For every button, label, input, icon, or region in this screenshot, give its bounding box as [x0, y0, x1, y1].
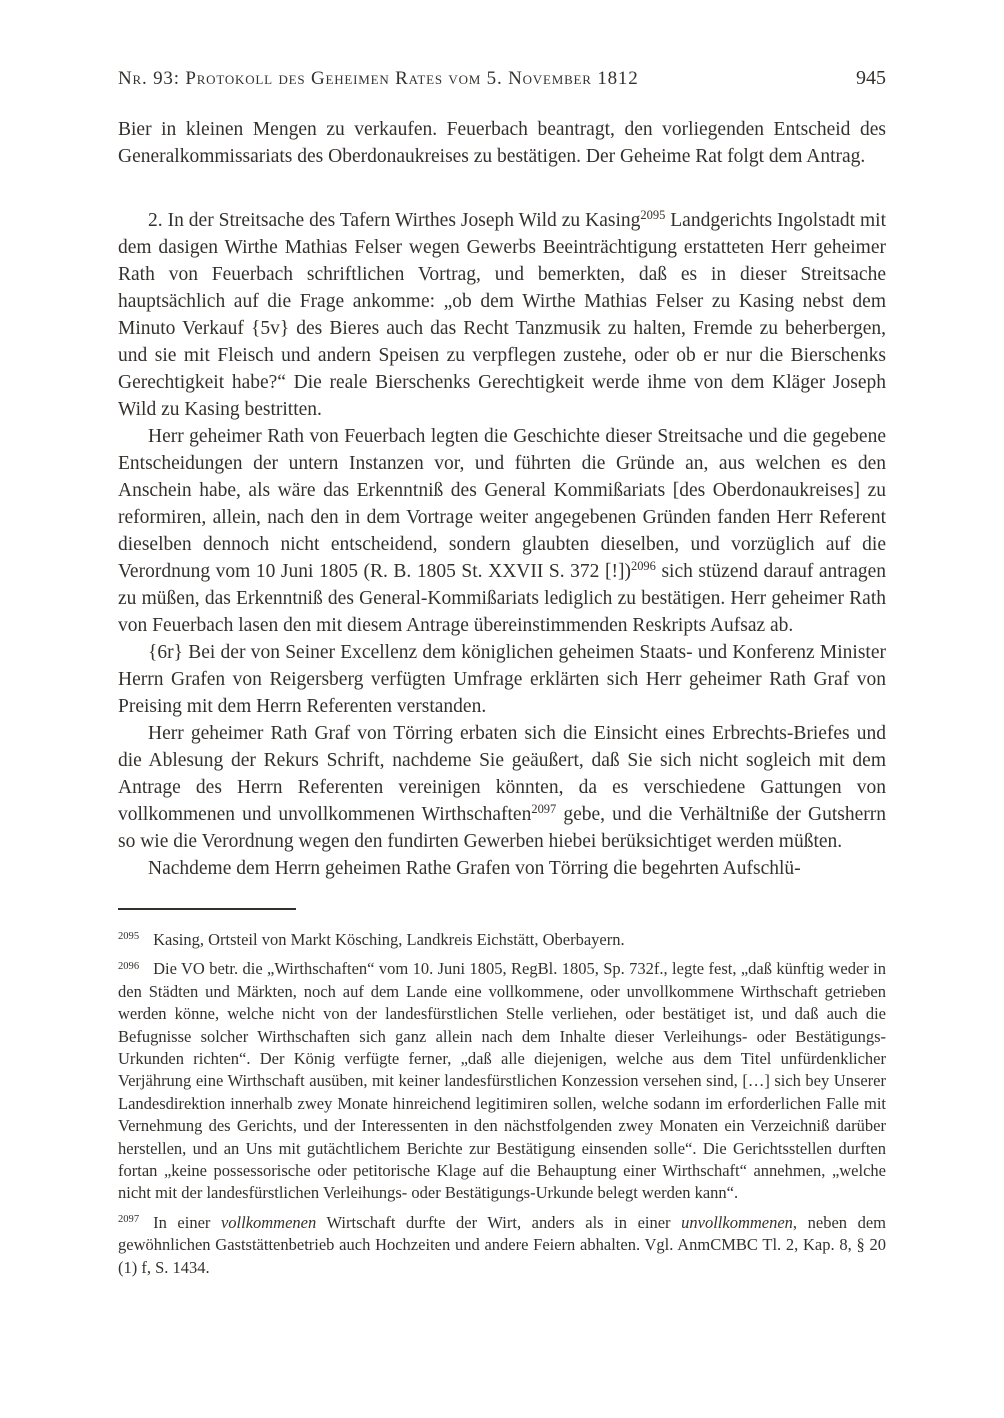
- book-page: Nr. 93: Protokoll des Geheimen Rates vom…: [0, 0, 1004, 1418]
- text-run: In einer: [153, 1213, 221, 1232]
- body-text: Bier in kleinen Mengen zu verkaufen. Feu…: [118, 116, 886, 882]
- footnote-ref: 2095: [640, 208, 665, 222]
- text-run: Bier in kleinen Mengen zu verkaufen. Feu…: [118, 119, 886, 167]
- footnote-2095: 2095Kasing, Ortsteil von Markt Kösching,…: [118, 922, 886, 951]
- paragraph-item-2-streitsache: 2. In der Streitsache des Tafern Wirthes…: [118, 207, 886, 423]
- footnote-number: 2097: [118, 1214, 139, 1225]
- paragraph-nachdeme: Nachdeme dem Herrn geheimen Rathe Grafen…: [118, 855, 886, 882]
- footnote-2096: 2096Die VO betr. die „Wirthschaften“ vom…: [118, 951, 886, 1204]
- text-run: Die VO betr. die „Wirthschaften“ vom 10.…: [118, 959, 886, 1202]
- emphasized-text: vollkommenen: [221, 1213, 316, 1232]
- text-run: Landgerichts Ingolstadt mit dem dasigen …: [118, 210, 886, 420]
- footnotes-section: 2095Kasing, Ortsteil von Markt Kösching,…: [118, 922, 886, 1279]
- page-number: 945: [856, 66, 886, 90]
- paragraph-feuerbach-vortrag: Herr geheimer Rath von Feuerbach legten …: [118, 423, 886, 639]
- footnote-text: In einer vollkommenen Wirtschaft durfte …: [118, 1213, 886, 1277]
- text-run: Nachdeme dem Herrn geheimen Rathe Grafen…: [148, 858, 801, 879]
- emphasized-text: unvollkommenen: [681, 1213, 793, 1232]
- text-run: {6r} Bei der von Seiner Excellenz dem kö…: [118, 642, 886, 717]
- running-head: Nr. 93: Protokoll des Geheimen Rates vom…: [118, 67, 639, 91]
- paragraph-toerring: Herr geheimer Rath Graf von Törring erba…: [118, 720, 886, 855]
- page-header: Nr. 93: Protokoll des Geheimen Rates vom…: [118, 66, 886, 91]
- footnote-2097: 2097In einer vollkommenen Wirtschaft dur…: [118, 1205, 886, 1279]
- paragraph-continuation: Bier in kleinen Mengen zu verkaufen. Feu…: [118, 116, 886, 170]
- footnote-number: 2096: [118, 961, 139, 972]
- footnote-text: Die VO betr. die „Wirthschaften“ vom 10.…: [118, 959, 886, 1202]
- text-run: Wirtschaft durfte der Wirt, anders als i…: [316, 1213, 681, 1232]
- text-run: Kasing, Ortsteil von Markt Kösching, Lan…: [153, 930, 625, 949]
- text-run: Herr geheimer Rath von Feuerbach legten …: [118, 426, 886, 582]
- text-run: 2. In der Streitsache des Tafern Wirthes…: [148, 210, 640, 231]
- paragraph-umfrage: {6r} Bei der von Seiner Excellenz dem kö…: [118, 639, 886, 720]
- footnote-ref: 2097: [531, 802, 556, 816]
- footnote-separator-rule: [118, 908, 296, 910]
- footnote-ref: 2096: [631, 559, 656, 573]
- footnote-number: 2095: [118, 931, 139, 942]
- footnote-text: Kasing, Ortsteil von Markt Kösching, Lan…: [153, 930, 625, 949]
